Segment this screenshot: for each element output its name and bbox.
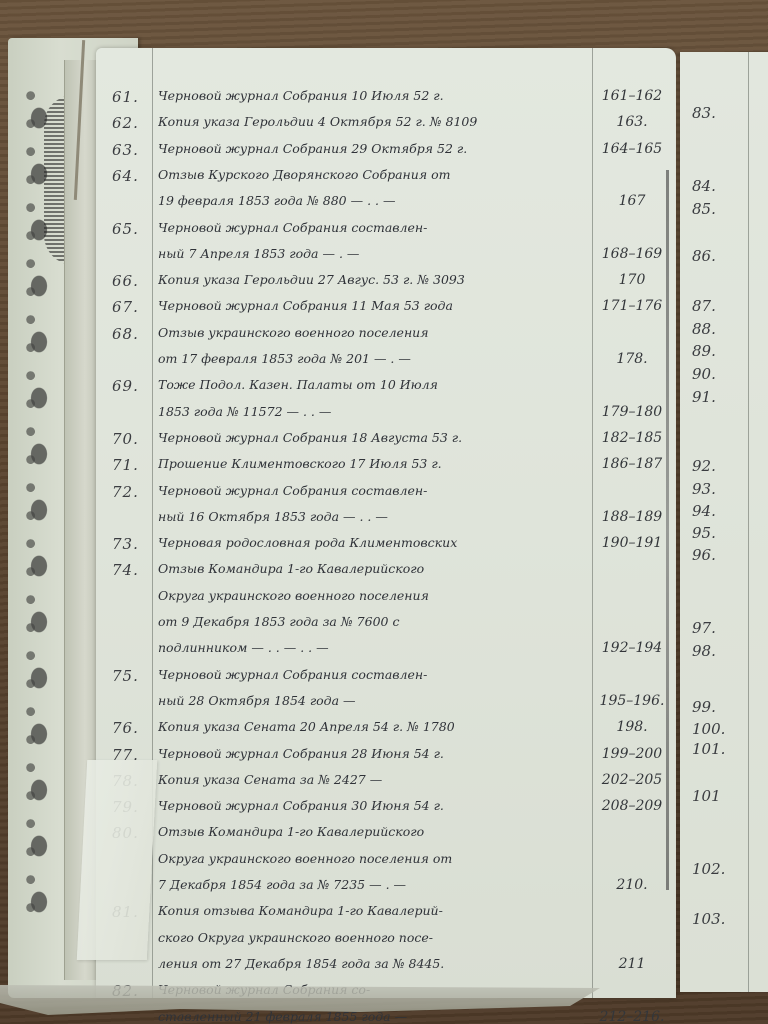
entry-description-line: ского Округа украинского военного посе- xyxy=(158,930,588,946)
right-entry-number: 86. xyxy=(692,247,738,265)
entry-description-line: Черновой журнал Собрания 29 Октября 52 г… xyxy=(158,141,588,157)
right-entry-number: 96. xyxy=(692,546,738,564)
entry-description-line: ный 16 Октября 1853 года — . . — xyxy=(158,509,588,525)
entry-description-line: Отзыв Курского Дворянского Собрания от xyxy=(158,167,588,183)
entry-sheet-range: 198. xyxy=(596,719,668,735)
entry-description-line: ный 28 Октября 1854 года — xyxy=(158,693,588,709)
entry-description-line: Отзыв Командира 1-го Кавалерийского xyxy=(158,824,588,840)
entry-sheet-range: 195–196. xyxy=(596,693,668,709)
entry-description-line: 1853 года № 11572 — . . — xyxy=(158,404,588,420)
entry-number: 65. xyxy=(112,220,156,238)
entry-number: 68. xyxy=(112,325,156,343)
right-entry-number: 91. xyxy=(692,388,738,406)
right-entry-number: 85. xyxy=(692,200,738,218)
entry-sheet-range: 202–205 xyxy=(596,772,668,788)
entry-description-line: Отзыв Командира 1-го Кавалерийского xyxy=(158,561,588,577)
left-page: 61.Черновой журнал Собрания 10 Июля 52 г… xyxy=(96,48,676,998)
right-entry-number: 89. xyxy=(692,342,738,360)
entry-sheet-range: 171–176 xyxy=(596,298,668,314)
entry-sheet-range: 182–185 xyxy=(596,430,668,446)
right-entry-number: 99. xyxy=(692,698,738,716)
ornamental-border-column xyxy=(18,90,60,930)
entry-sheet-range: 212–216. xyxy=(596,1009,668,1024)
entry-description-line: от 9 Декабря 1853 года за № 7600 с xyxy=(158,614,588,630)
entry-description-line: Черновой журнал Собрания составлен- xyxy=(158,483,588,499)
entry-description-line: Черновой журнал Собрания 10 Июля 52 г. xyxy=(158,88,588,104)
inventory-list: 61.Черновой журнал Собрания 10 Июля 52 г… xyxy=(96,48,676,998)
entry-description-line: Прошение Климентовского 17 Июля 53 г. xyxy=(158,456,588,472)
right-entry-number: 100. xyxy=(692,720,738,738)
entry-number: 61. xyxy=(112,88,156,106)
entry-description-line: Черновой журнал Собрания составлен- xyxy=(158,220,588,236)
right-entry-number: 97. xyxy=(692,619,738,637)
right-entry-number: 93. xyxy=(692,480,738,498)
entry-sheet-range: 199–200 xyxy=(596,746,668,762)
entry-description-line: 19 февраля 1853 года № 880 — . . — xyxy=(158,193,588,209)
entry-description-line: ный 7 Апреля 1853 года — . — xyxy=(158,246,588,262)
entry-description-line: Копия указа Сената за № 2427 — xyxy=(158,772,588,788)
entry-description-line: Копия указа Герольдии 4 Октября 52 г. № … xyxy=(158,114,588,130)
right-entry-number: 87. xyxy=(692,297,738,315)
entry-number: 62. xyxy=(112,114,156,132)
entry-sheet-range: 164–165 xyxy=(596,141,668,157)
entry-number: 69. xyxy=(112,377,156,395)
entry-description-line: Копия указа Сената 20 Апреля 54 г. № 178… xyxy=(158,719,588,735)
entry-number: 63. xyxy=(112,141,156,159)
right-page: 83.84.85.86.87.88.89.90.91.92.93.94.95.9… xyxy=(680,52,768,992)
entry-description-line: Черновой журнал Собрания составлен- xyxy=(158,667,588,683)
entry-sheet-range: 208–209 xyxy=(596,798,668,814)
entry-sheet-range: 161–162 xyxy=(596,88,668,104)
entry-sheet-range: 186–187 xyxy=(596,456,668,472)
entry-description-line: Черновой журнал Собрания 18 Августа 53 г… xyxy=(158,430,588,446)
entry-description-line: ления от 27 Декабря 1854 года за № 8445. xyxy=(158,956,588,972)
entry-sheet-range: 190–191 xyxy=(596,535,668,551)
entry-description-line: Тоже Подол. Казен. Палаты от 10 Июля xyxy=(158,377,588,393)
entry-number: 64. xyxy=(112,167,156,185)
right-entry-number: 101 xyxy=(692,787,738,805)
right-entry-number: 84. xyxy=(692,177,738,195)
entry-description-line: подлинником — . . — . . — xyxy=(158,640,588,656)
entry-number: 76. xyxy=(112,719,156,737)
entry-sheet-range: 211 xyxy=(596,956,668,972)
right-entry-number: 92. xyxy=(692,457,738,475)
entry-sheet-range: 167 xyxy=(596,193,668,209)
entry-number: 66. xyxy=(112,272,156,290)
right-entry-number: 101. xyxy=(692,740,738,758)
page-gutter-shadow xyxy=(666,170,669,890)
entry-description-line: Копия отзыва Командира 1-го Кавалерий- xyxy=(158,903,588,919)
torn-paper-fold xyxy=(77,760,157,960)
right-entry-number: 83. xyxy=(692,104,738,122)
right-page-numbers: 83.84.85.86.87.88.89.90.91.92.93.94.95.9… xyxy=(680,52,768,992)
right-entry-number: 88. xyxy=(692,320,738,338)
entry-number: 74. xyxy=(112,561,156,579)
entry-description-line: Черновой журнал Собрания 11 Мая 53 года xyxy=(158,298,588,314)
entry-description-line: Черновой журнал Собрания 30 Июня 54 г. xyxy=(158,798,588,814)
entry-sheet-range: 168–169 xyxy=(596,246,668,262)
entry-description-line: от 17 февраля 1853 года № 201 — . — xyxy=(158,351,588,367)
right-entry-number: 98. xyxy=(692,642,738,660)
entry-description-line: Копия указа Герольдии 27 Авгус. 53 г. № … xyxy=(158,272,588,288)
entry-description-line: Отзыв украинского военного поселения xyxy=(158,325,588,341)
entry-description-line: Округа украинского военного поселения xyxy=(158,588,588,604)
entry-sheet-range: 170 xyxy=(596,272,668,288)
entry-number: 67. xyxy=(112,298,156,316)
entry-number: 71. xyxy=(112,456,156,474)
right-entry-number: 102. xyxy=(692,860,738,878)
entry-sheet-range: 192–194 xyxy=(596,640,668,656)
entry-sheet-range: 188–189 xyxy=(596,509,668,525)
entry-sheet-range: 210. xyxy=(596,877,668,893)
entry-description-line: Черновая родословная рода Климентовских xyxy=(158,535,588,551)
right-entry-number: 103. xyxy=(692,910,738,928)
entry-sheet-range: 163. xyxy=(596,114,668,130)
entry-sheet-range: 179–180 xyxy=(596,404,668,420)
entry-number: 70. xyxy=(112,430,156,448)
entry-description-line: Округа украинского военного поселения от xyxy=(158,851,588,867)
right-entry-number: 90. xyxy=(692,365,738,383)
entry-sheet-range: 178. xyxy=(596,351,668,367)
right-entry-number: 94. xyxy=(692,502,738,520)
right-entry-number: 95. xyxy=(692,524,738,542)
entry-number: 75. xyxy=(112,667,156,685)
entry-number: 73. xyxy=(112,535,156,553)
entry-description-line: 7 Декабря 1854 года за № 7235 — . — xyxy=(158,877,588,893)
entry-description-line: Черновой журнал Собрания 28 Июня 54 г. xyxy=(158,746,588,762)
entry-number: 72. xyxy=(112,483,156,501)
